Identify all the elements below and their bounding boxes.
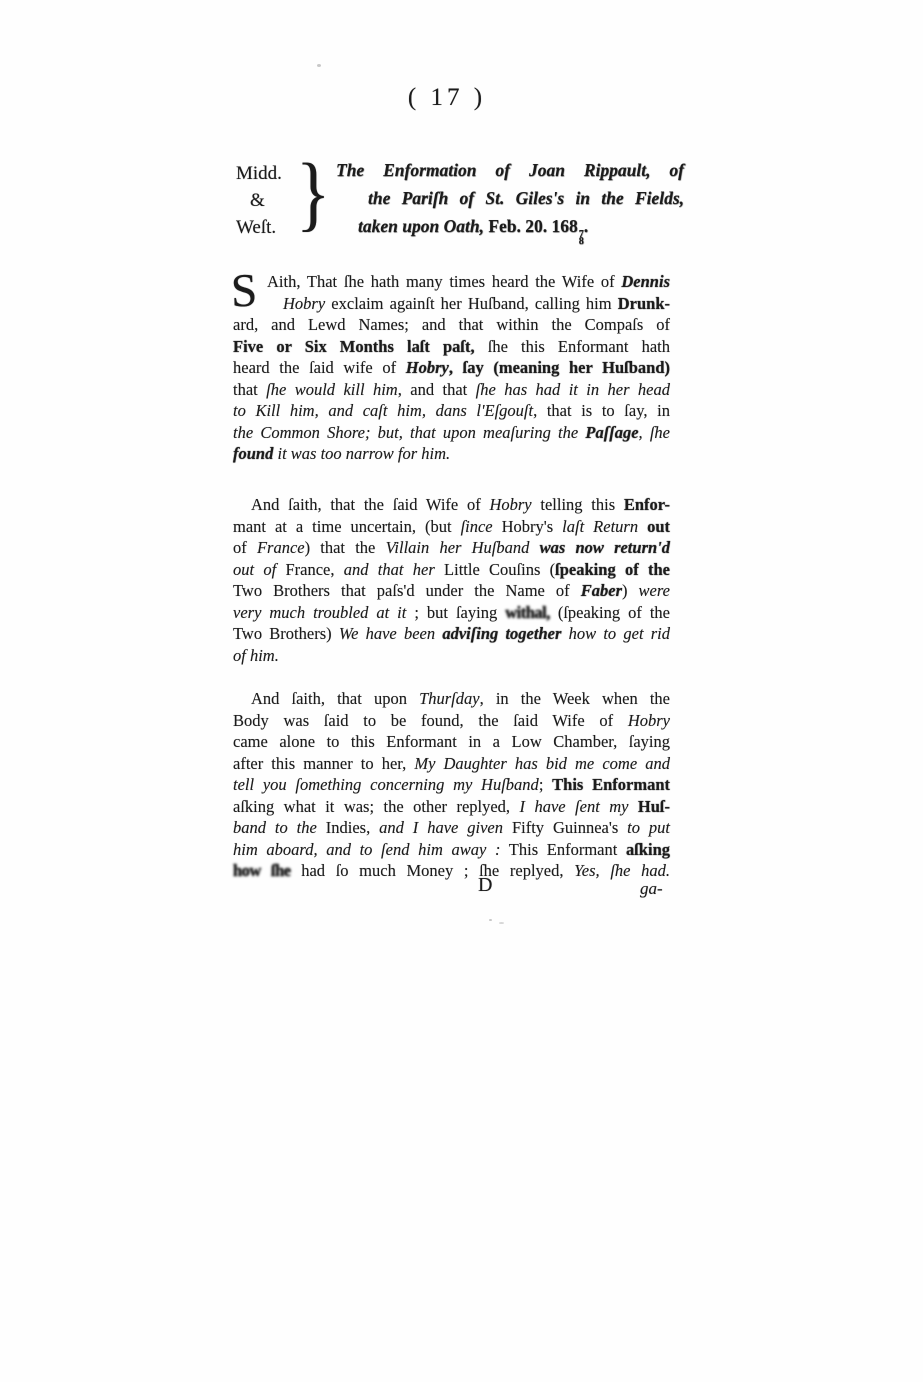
- text-line: the Common Shore; but, that upon meaſuri…: [233, 422, 670, 444]
- text-segment: Body was ſaid to be found, the ſaid Wife…: [233, 711, 628, 730]
- text-segment: Faber: [581, 581, 622, 600]
- text-segment: ard, and Lewd Names; and that within the…: [233, 315, 670, 334]
- text-segment: the Common Shore; but, that upon meaſuri…: [233, 423, 585, 442]
- paragraph-first-testimony: S Aith, That ſhe hath many times heard t…: [233, 271, 670, 465]
- text-segment: And ſaith, that upon: [251, 689, 419, 708]
- text-line: heard the ſaid wife of Hobry, ſay (meani…: [233, 357, 670, 379]
- text-segment: how to get rid: [561, 624, 670, 643]
- brace-glyph: }: [296, 148, 330, 240]
- ink-speck: [499, 922, 504, 924]
- text-segment: Drunk-: [618, 294, 670, 313]
- text-segment: found: [233, 444, 273, 463]
- paragraph-text: Aith, That ſhe hath many times heard the…: [233, 271, 670, 465]
- text-line: And ſaith, that the ſaid Wife of Hobry t…: [233, 494, 670, 516]
- text-line: of him.: [233, 645, 670, 667]
- text-segment: Hobry's: [493, 517, 563, 536]
- text-segment: and that her: [344, 560, 444, 579]
- text-segment: Villain her Huſband: [386, 538, 540, 557]
- text-line: The Enformation of Joan Rippault, of: [336, 156, 684, 184]
- text-segment: Hobry: [628, 711, 670, 730]
- text-segment: that: [233, 380, 266, 399]
- text-segment: aſking: [626, 840, 670, 859]
- deposition-title: The Enformation of Joan Rippault, ofthe …: [336, 156, 684, 245]
- text-segment: We have been: [339, 624, 443, 643]
- text-segment: And ſaith, that the ſaid Wife of: [251, 495, 489, 514]
- text-line: aſking what it was; the other replyed, I…: [233, 796, 670, 818]
- text-line: to Kill him, and caſt him, dans l'Eſgouſ…: [233, 400, 670, 422]
- text-segment: France,: [285, 560, 343, 579]
- text-segment: .: [584, 216, 588, 236]
- text-line: Hobry exclaim againſt her Huſband, calli…: [233, 293, 670, 315]
- text-line: taken upon Oath, Feb. 20. 16878.: [336, 212, 684, 245]
- text-segment: tell you ſomething concerning my Huſband: [233, 775, 539, 794]
- text-segment: ) that the: [305, 538, 386, 557]
- text-line: him aboard, and to ſend him away : This …: [233, 839, 670, 861]
- text-line: after this manner to her, My Daughter ha…: [233, 753, 670, 775]
- text-segment: (ſpeaking of the: [550, 603, 670, 622]
- text-line: Two Brothers that paſs'd under the Name …: [233, 580, 670, 602]
- text-segment: ): [622, 581, 639, 600]
- text-line: that ſhe would kill him, and that ſhe ha…: [233, 379, 670, 401]
- text-segment: telling this: [532, 495, 624, 514]
- signature-mark: D: [478, 874, 492, 897]
- text-line: &: [236, 187, 282, 214]
- text-segment: Thurſday: [419, 689, 480, 708]
- text-segment: ſhe this Enformant hath: [488, 337, 670, 356]
- text-segment: came alone to this Enformant in a Low Ch…: [233, 732, 670, 751]
- text-segment: Feb. 20. 168: [488, 216, 577, 236]
- text-segment: Hobry: [489, 495, 531, 514]
- text-segment: Little Couſins (: [444, 560, 555, 579]
- text-segment: , ſhe: [639, 423, 670, 442]
- text-segment: , and that: [398, 380, 476, 399]
- text-segment: The Enformation of Joan Rippault, of: [336, 160, 684, 180]
- text-segment: after this manner to her,: [233, 754, 414, 773]
- text-segment: This Enformant: [500, 840, 626, 859]
- text-segment: I have ſent my: [520, 797, 638, 816]
- text-line: Five or Six Months laſt paſt, ſhe this E…: [233, 336, 670, 358]
- text-segment: heard the ſaid wife of: [233, 358, 406, 377]
- ink-speck: [489, 919, 492, 921]
- text-segment: to Kill him, and caſt him, dans l'Eſgouſ…: [233, 401, 533, 420]
- text-segment: &: [250, 190, 265, 211]
- text-segment: ; but ſaying: [406, 603, 505, 622]
- text-segment: France: [257, 538, 305, 557]
- text-segment: of: [233, 538, 257, 557]
- text-line: Aith, That ſhe hath many times heard the…: [233, 271, 670, 293]
- catchword: ga-: [640, 879, 663, 899]
- paragraph-second-testimony: And ſaith, that the ſaid Wife of Hobry t…: [233, 494, 670, 666]
- text-segment: , ſay (meaning her Huſband): [449, 358, 670, 377]
- text-segment: Weſt.: [236, 217, 276, 238]
- text-segment: adviſing together: [442, 624, 561, 643]
- text-segment: ;: [539, 775, 552, 794]
- text-segment: aſking what it was; the other replyed,: [233, 797, 520, 816]
- text-segment: him aboard, and to ſend him away :: [233, 840, 500, 859]
- county-label: Midd.&Weſt.: [236, 160, 282, 241]
- text-line: the Pariſh of St. Giles's in the Fields,: [336, 184, 684, 212]
- paragraph-text: And ſaith, that upon Thurſday, in the We…: [233, 688, 670, 882]
- text-segment: Paſſage: [585, 423, 638, 442]
- text-line: band to the Indies, and I have given Fif…: [233, 817, 670, 839]
- text-segment: to put: [627, 818, 670, 837]
- text-line: came alone to this Enformant in a Low Ch…: [233, 731, 670, 753]
- text-line: very much troubled at it ; but ſaying wi…: [233, 602, 670, 624]
- text-segment: mant at a time uncertain, (but: [233, 517, 461, 536]
- text-line: ard, and Lewd Names; and that within the…: [233, 314, 670, 336]
- text-segment: withal,: [505, 603, 550, 622]
- text-segment: Midd.: [236, 163, 282, 184]
- text-line: mant at a time uncertain, (but ſince Hob…: [233, 516, 670, 538]
- text-segment: laſt Return: [562, 517, 638, 536]
- text-segment: very much troubled at it: [233, 603, 406, 622]
- text-segment: of him.: [233, 646, 279, 665]
- text-line: Midd.: [236, 160, 282, 187]
- text-line: Body was ſaid to be found, the ſaid Wife…: [233, 710, 670, 732]
- text-segment: Aith, That ſhe hath many times heard the…: [267, 272, 621, 291]
- text-segment: taken upon Oath,: [358, 216, 488, 236]
- paragraph-text: And ſaith, that the ſaid Wife of Hobry t…: [233, 494, 670, 666]
- text-segment: out: [638, 517, 670, 536]
- text-segment: Two Brothers): [233, 624, 339, 643]
- scanned-document-page: ( 17 ) Midd.&Weſt. } The Enformation of …: [0, 0, 923, 1382]
- text-line: how ſhe had ſo much Money ; ſhe replyed,…: [233, 860, 670, 882]
- paragraph-third-testimony: And ſaith, that upon Thurſday, in the We…: [233, 688, 670, 882]
- text-line: found it was too narrow for him.: [233, 443, 670, 465]
- text-line: Weſt.: [236, 214, 282, 241]
- drop-cap-initial: S: [230, 268, 258, 316]
- text-segment: Huſ-: [638, 797, 670, 816]
- text-segment: Dennis: [621, 272, 670, 291]
- text-line: And ſaith, that upon Thurſday, in the We…: [233, 688, 670, 710]
- text-segment: Fifty Guinnea's: [512, 818, 627, 837]
- text-segment: exclaim againſt her Huſband, calling him: [325, 294, 618, 313]
- text-segment: had ſo much Money ; ſhe replyed,: [291, 861, 575, 880]
- text-segment: it was too narrow for him.: [273, 444, 450, 463]
- text-segment: Yes, ſhe had.: [574, 861, 670, 880]
- text-line: tell you ſomething concerning my Huſband…: [233, 774, 670, 796]
- text-segment: Enfor-: [624, 495, 670, 514]
- text-segment: Five or Six Months laſt paſt,: [233, 337, 488, 356]
- text-line: of France) that the Villain her Huſband …: [233, 537, 670, 559]
- text-segment: and I have given: [379, 818, 512, 837]
- text-segment: Indies,: [326, 818, 379, 837]
- page-number: ( 17 ): [0, 84, 894, 112]
- text-segment: band to the: [233, 818, 326, 837]
- text-segment: out of: [233, 560, 285, 579]
- text-segment: were: [639, 581, 670, 600]
- text-line: Two Brothers) We have been adviſing toge…: [233, 623, 670, 645]
- text-line: out of France, and that her Little Couſi…: [233, 559, 670, 581]
- text-segment: Hobry: [406, 358, 449, 377]
- text-segment: My Daughter has bid me come and: [414, 754, 670, 773]
- text-segment: was now return'd: [540, 538, 670, 557]
- text-segment: Hobry: [283, 294, 325, 313]
- text-segment: , that is to ſay, in: [533, 401, 670, 420]
- text-segment: ſince: [461, 517, 493, 536]
- ink-speck: [317, 64, 321, 67]
- text-segment: This Enformant: [552, 775, 670, 794]
- text-segment: , in the Week when the: [480, 689, 670, 708]
- text-segment: Two Brothers that paſs'd under the Name …: [233, 581, 581, 600]
- text-segment: how ſhe: [233, 861, 291, 880]
- text-segment: ſpeaking of the: [555, 560, 670, 579]
- text-segment: the Pariſh of St. Giles's in the Fields,: [368, 188, 684, 208]
- text-segment: ſhe has had it in her head: [476, 380, 670, 399]
- text-segment: ſhe would kill him: [266, 380, 398, 399]
